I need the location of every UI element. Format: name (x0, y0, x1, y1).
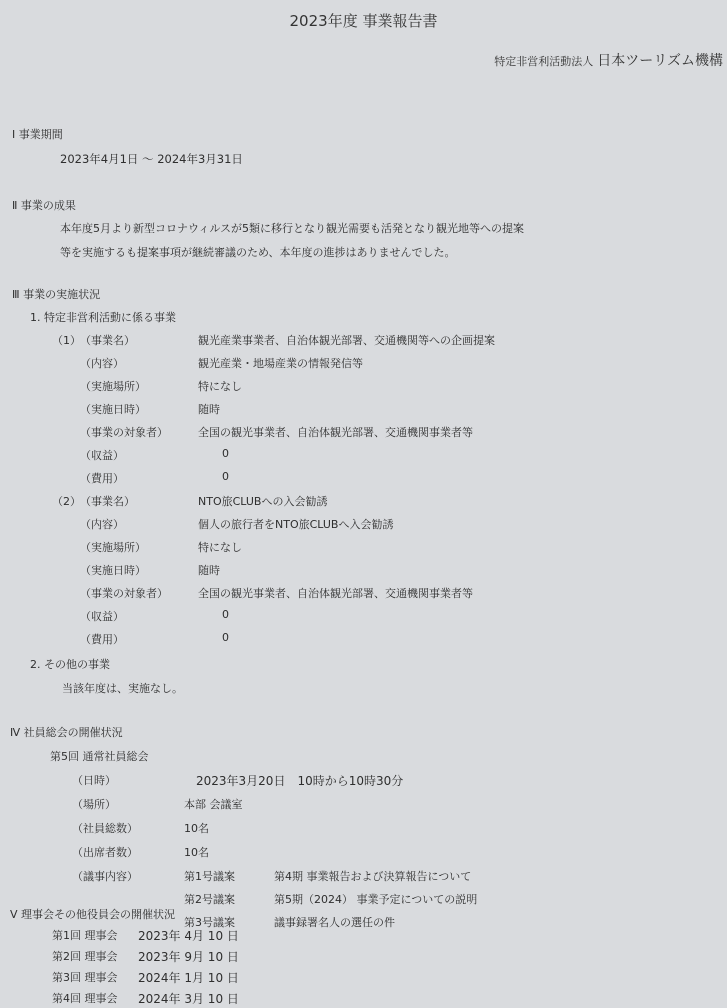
agenda-description: 第5期（2024） 事業予定についての説明 (274, 891, 477, 907)
field-label: （日時） (72, 772, 116, 788)
board-meeting-name: 第1回 理事会 (52, 927, 118, 943)
document-title: 2023年度 事業報告書 (0, 10, 727, 31)
board-meeting-date: 2024年 3月 10 日 (138, 990, 239, 1007)
results-line-2: 等を実施するも提案事項が継続審議のため、本年度の進捗はありませんでした。 (60, 244, 456, 260)
agenda-number: 第1号議案 (184, 868, 235, 884)
field-label: （社員総数） (72, 820, 138, 836)
section-5-heading: Ⅴ 理事会その他役員会の開催状況 (10, 906, 175, 922)
project-2-number: （2） (52, 493, 81, 509)
field-label: （事業の対象者） (80, 424, 168, 440)
field-value: 随時 (198, 401, 220, 417)
board-meeting-date: 2024年 1月 10 日 (138, 969, 239, 986)
agenda-label: （議事内容） (72, 868, 138, 884)
field-label: （費用） (80, 470, 124, 486)
organization-type: 特定非営利活動法人 (494, 55, 593, 68)
agenda-description: 議事録署名人の選任の件 (274, 914, 395, 930)
field-label: （収益） (80, 608, 124, 624)
section-3-heading: Ⅲ 事業の実施状況 (12, 286, 100, 302)
board-meeting-name: 第2回 理事会 (52, 948, 118, 964)
field-label: （実施日時） (80, 562, 146, 578)
meeting-name: 第5回 通常社員総会 (50, 748, 149, 764)
agenda-description: 第4期 事業報告および決算報告について (274, 868, 471, 884)
field-label: （場所） (72, 796, 116, 812)
section-4-heading: Ⅳ 社員総会の開催状況 (10, 724, 123, 740)
field-label: （収益） (80, 447, 124, 463)
field-value: NTO旅CLUBへの入会勧誘 (198, 493, 327, 509)
organization: 特定非営利活動法人日本ツーリズム機構 (494, 50, 723, 70)
field-label: （実施場所） (80, 539, 146, 555)
section-2-heading: Ⅱ 事業の成果 (12, 197, 76, 213)
other-business-text: 当該年度は、実施なし。 (62, 680, 183, 696)
field-value: 観光産業事業者、自治体観光部署、交通機関等への企画提案 (198, 332, 495, 348)
field-label: （実施場所） (80, 378, 146, 394)
results-line-1: 本年度5月より新型コロナウィルスが5類に移行となり観光需要も活発となり観光地等へ… (60, 220, 524, 236)
field-value: 0 (222, 447, 229, 460)
field-label: （事業名） (80, 332, 135, 348)
board-meeting-date: 2023年 4月 10 日 (138, 927, 239, 944)
field-value: 0 (222, 608, 229, 621)
field-label: （内容） (80, 516, 124, 532)
field-value: 特になし (198, 539, 242, 555)
field-value: 10名 (184, 820, 209, 836)
field-value: 個人の旅行者をNTO旅CLUBへ入会勧誘 (198, 516, 393, 532)
board-meeting-name: 第4回 理事会 (52, 990, 118, 1006)
subsection-2-heading: 2. その他の事業 (30, 656, 110, 672)
field-value: 全国の観光事業者、自治体観光部署、交通機関事業者等 (198, 585, 473, 601)
project-1-number: （1） (52, 332, 81, 348)
field-label: （内容） (80, 355, 124, 371)
field-value: 全国の観光事業者、自治体観光部署、交通機関事業者等 (198, 424, 473, 440)
field-value: 10名 (184, 844, 209, 860)
field-label: （費用） (80, 631, 124, 647)
field-value: 2023年3月20日 10時から10時30分 (196, 772, 403, 789)
business-period: 2023年4月1日 ～ 2024年3月31日 (60, 151, 243, 167)
field-label: （事業名） (80, 493, 135, 509)
field-value: 観光産業・地場産業の情報発信等 (198, 355, 363, 371)
field-value: 0 (222, 631, 229, 644)
board-meeting-date: 2023年 9月 10 日 (138, 948, 239, 965)
field-value: 本部 会議室 (184, 796, 243, 812)
field-value: 0 (222, 470, 229, 483)
section-1-heading: Ⅰ 事業期間 (12, 126, 63, 142)
field-label: （出席者数） (72, 844, 138, 860)
board-meeting-name: 第3回 理事会 (52, 969, 118, 985)
agenda-number: 第2号議案 (184, 891, 235, 907)
organization-name: 日本ツーリズム機構 (597, 53, 723, 69)
field-value: 随時 (198, 562, 220, 578)
field-value: 特になし (198, 378, 242, 394)
field-label: （実施日時） (80, 401, 146, 417)
field-label: （事業の対象者） (80, 585, 168, 601)
subsection-1-heading: 1. 特定非営利活動に係る事業 (30, 309, 176, 325)
